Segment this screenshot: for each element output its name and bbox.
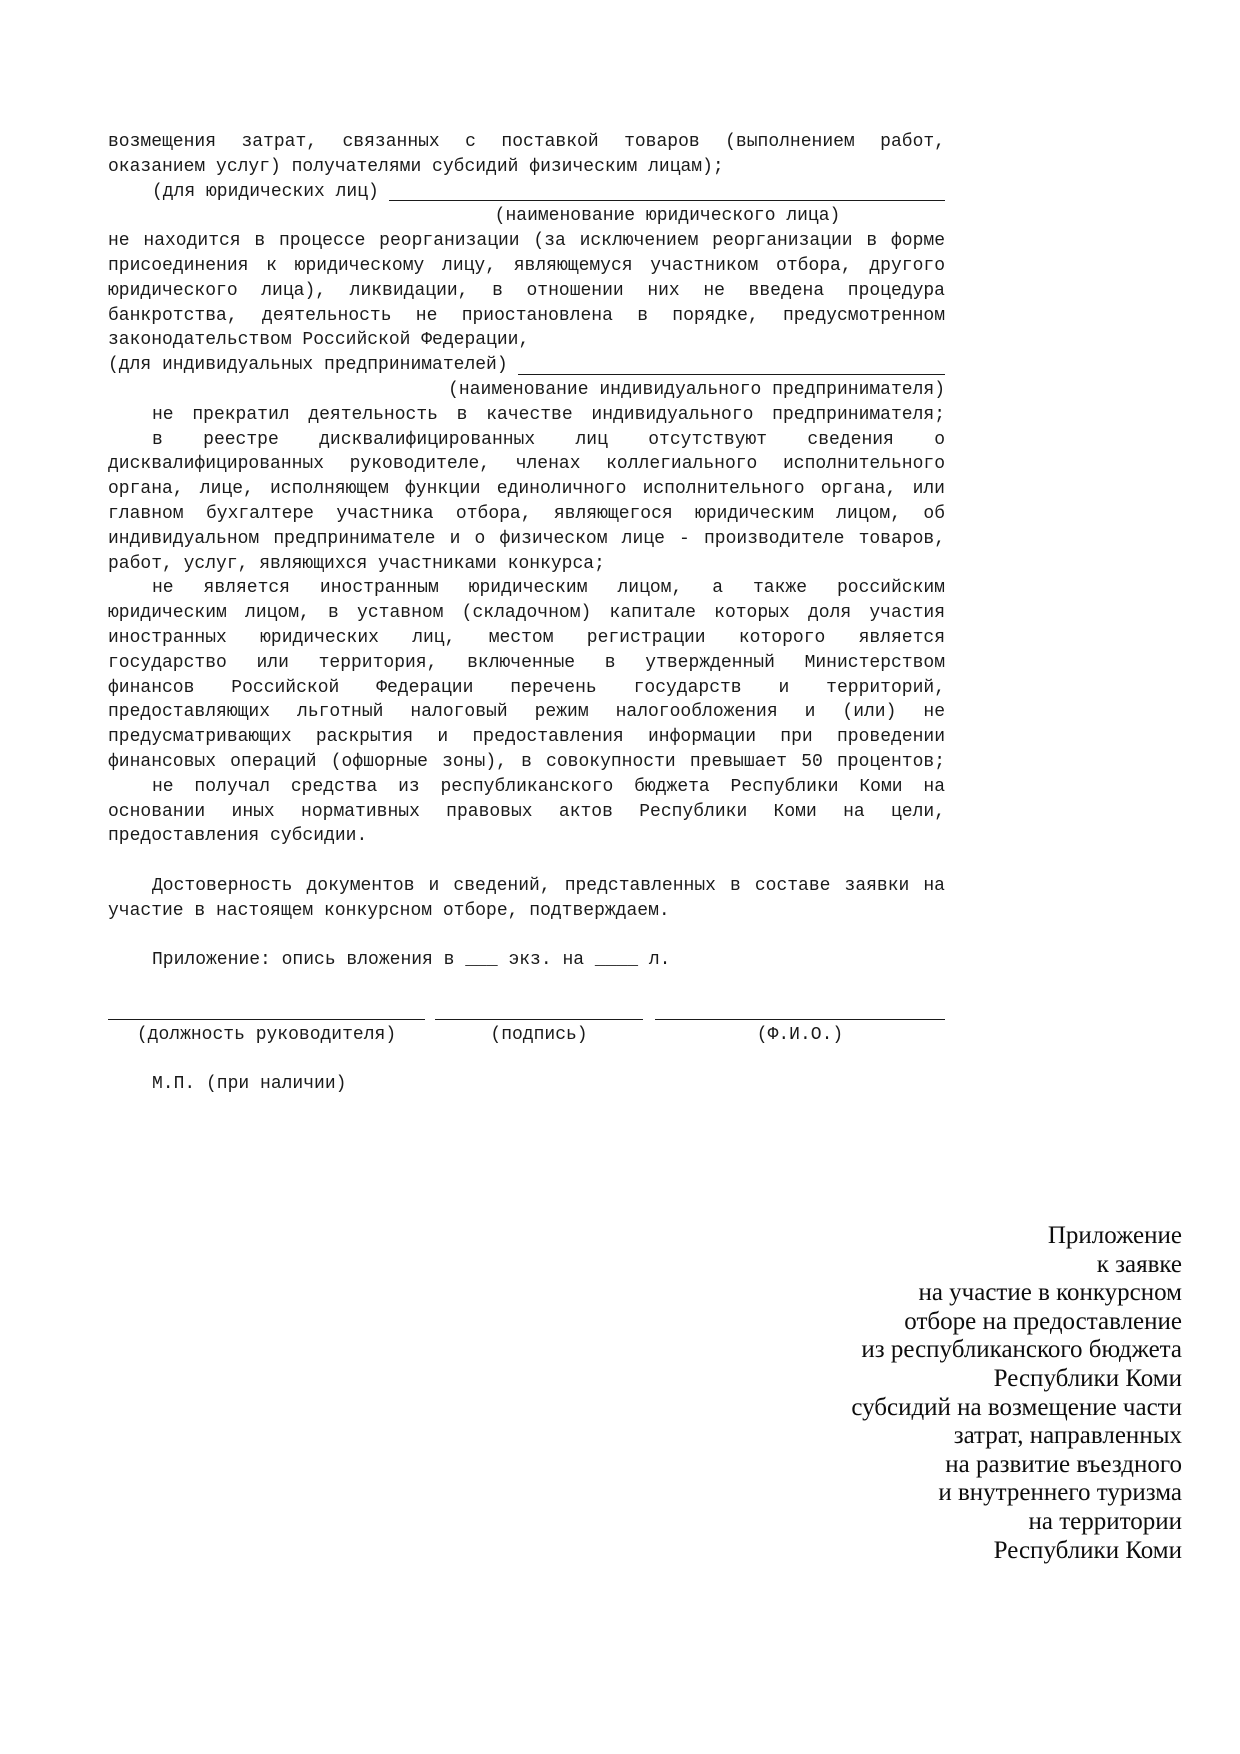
appendix-line: на развитие въездного [500, 1451, 1182, 1480]
appendix-note: Приложениек заявкена участие в конкурсно… [500, 1222, 1182, 1565]
field-caption: (наименование индивидуального предприним… [108, 378, 945, 403]
signature-caption: (должность руководителя) [108, 1023, 425, 1048]
statement-line: главном бухгалтере участника отбора, явл… [108, 502, 945, 527]
appendix-line: Республики Коми [500, 1537, 1182, 1566]
statement-line: предоставляющих льготный налоговый режим… [108, 700, 945, 725]
signature-blank [435, 1019, 643, 1020]
statement-line: законодательством Российской Федерации, [108, 328, 945, 353]
field-label: (для индивидуальных предпринимателей) [108, 353, 508, 378]
fill-in-line: (для индивидуальных предпринимателей) [108, 353, 945, 378]
blank-line [108, 849, 945, 874]
statement-line: органа, лице, исполняющем функции единол… [108, 477, 945, 502]
statement-line: предусматривающих раскрытия и предоставл… [108, 725, 945, 750]
statement-line: работ, услуг, являющихся участниками кон… [108, 552, 945, 577]
signature-caption: (подпись) [435, 1023, 643, 1048]
statement-line: Приложение: опись вложения в ___ экз. на… [108, 948, 945, 973]
blank-line [108, 1047, 945, 1072]
appendix-line: затрат, направленных [500, 1422, 1182, 1451]
statement-line: юридическим лицом, в уставном (складочно… [108, 601, 945, 626]
statement-line: предоставления субсидии. [108, 824, 945, 849]
statement-line: банкротства, деятельность не приостановл… [108, 304, 945, 329]
statement-line: индивидуальном предпринимателе и о физич… [108, 527, 945, 552]
statement-line: основании иных нормативных правовых акто… [108, 800, 945, 825]
appendix-line: из республиканского бюджета [500, 1336, 1182, 1365]
statement-line: участие в настоящем конкурсном отборе, п… [108, 899, 945, 924]
fill-in-line: (для юридических лиц) [108, 180, 945, 205]
statement-line: в реестре дисквалифицированных лиц отсут… [108, 428, 945, 453]
statement-line: юридического лица), ликвидации, в отноше… [108, 279, 945, 304]
statement-line: возмещения затрат, связанных с поставкой… [108, 130, 945, 155]
appendix-line: субсидий на возмещение части [500, 1394, 1182, 1423]
blank-line [108, 973, 945, 998]
statement-line: Достоверность документов и сведений, пре… [108, 874, 945, 899]
appendix-line: на территории [500, 1508, 1182, 1537]
statement-line: финансовых операций (офшорные зоны), в с… [108, 750, 945, 775]
appendix-line: на участие в конкурсном [500, 1279, 1182, 1308]
appendix-line: и внутреннего туризма [500, 1479, 1182, 1508]
signature-caption: (Ф.И.О.) [655, 1023, 945, 1048]
document-page: возмещения затрат, связанных с поставкой… [0, 0, 1240, 1754]
statement-line: оказанием услуг) получателями субсидий ф… [108, 155, 945, 180]
statement-body: возмещения затрат, связанных с поставкой… [108, 130, 945, 1097]
statement-line: иностранных юридических лиц, местом реги… [108, 626, 945, 651]
blank-line [108, 924, 945, 949]
fill-in-blank [518, 374, 945, 375]
signature-blank [108, 1019, 425, 1020]
signature-blank [655, 1019, 945, 1020]
statement-line: не прекратил деятельность в качестве инд… [108, 403, 945, 428]
statement-line: дисквалифицированных руководителе, члена… [108, 452, 945, 477]
field-label: (для юридических лиц) [152, 180, 379, 205]
appendix-line: отборе на предоставление [500, 1308, 1182, 1337]
fill-in-blank [389, 200, 945, 201]
signature-captions-row: (должность руководителя)(подпись)(Ф.И.О.… [108, 1023, 945, 1048]
appendix-line: Приложение [500, 1222, 1182, 1251]
statement-line: государство или территория, включенные в… [108, 651, 945, 676]
statement-line: не является иностранным юридическим лицо… [108, 576, 945, 601]
statement-line: не получал средства из республиканского … [108, 775, 945, 800]
field-caption: (наименование юридического лица) [390, 204, 945, 229]
appendix-line: Республики Коми [500, 1365, 1182, 1394]
appendix-line: к заявке [500, 1251, 1182, 1280]
statement-line: финансов Российской Федерации перечень г… [108, 676, 945, 701]
statement-line: присоединения к юридическому лицу, являю… [108, 254, 945, 279]
statement-line: М.П. (при наличии) [108, 1072, 945, 1097]
statement-line: не находится в процессе реорганизации (з… [108, 229, 945, 254]
signature-blanks-row [108, 998, 945, 1023]
